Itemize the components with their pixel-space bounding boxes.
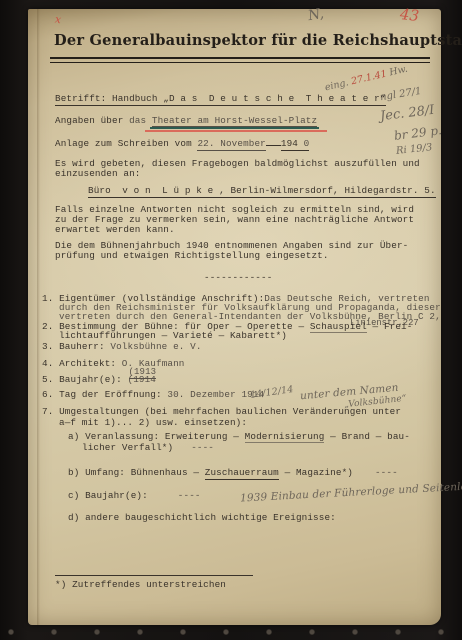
- item-6-opening-day: 6. Tag der Eröffnung: 30. Dezember 19141…: [42, 389, 434, 400]
- jahrbuch-paragraph: Die dem Bühnenjahrbuch 1940 entnommenen …: [55, 241, 408, 261]
- photo-backdrop: x N, 43 Der Generalbauinspektor für die …: [0, 0, 462, 640]
- item-7a-line-1: a) Veranlassung: Erweiterung — Modernisi…: [68, 431, 410, 442]
- item-7c-dashes: ----: [178, 490, 201, 501]
- item-7a-line-1-rest: — Brand — bau-: [324, 431, 410, 442]
- item-7c-pencil-note: 1939 Einbau der Führerloge und Seitenlog…: [240, 480, 462, 504]
- item-7-line-2: a—f mit 1)... 2) usw. einsetzen):: [42, 417, 401, 428]
- item-5-year-1913: (1913: [129, 367, 157, 379]
- request-line-2: einzusenden an:: [55, 169, 420, 179]
- margin-note-2: ngl 27/1: [379, 86, 422, 103]
- paper-crease: [37, 9, 40, 625]
- item-7b-label: b) Umfang: Bühnenhaus —: [68, 467, 205, 478]
- item-2-underlined-schauspiel: Schauspiel: [310, 321, 367, 333]
- item-4-architect: 4. Architekt: O. Kaufmann: [42, 358, 185, 369]
- item-5-build-year: 5. Baujahr(e): (1913(1914: [42, 374, 156, 385]
- letterhead-title: Der Generalbauinspektor für die Reichsha…: [54, 32, 462, 49]
- item-7c-label: c) Baujahr(e):: [68, 490, 148, 501]
- item-6-pencil-scribble: 14/12/14: [249, 384, 294, 401]
- item-1-owner: 1. Eigentümer (vollständige Anschrift):D…: [42, 294, 434, 321]
- item-7a-verfall: licher Verfall*): [82, 442, 173, 453]
- margin-note-initials: Hw.: [388, 64, 408, 79]
- falls-line-3: erwartet werden kann.: [55, 225, 414, 235]
- subject-line: Betrifft: Handbuch „D a s D e u t s c h …: [55, 93, 386, 104]
- margin-note-5: Ri 19/3: [396, 142, 433, 157]
- item-7a-underlined-modernisierung: Modernisierung: [245, 431, 325, 443]
- angaben-label: Angaben über: [55, 115, 129, 126]
- buero-address-line: Büro v o n L ü p k e , Berlin-Wilmersdor…: [88, 185, 436, 196]
- blank-underscore: [266, 137, 281, 146]
- item-7b-scope: b) Umfang: Bühnenhaus — Zuschauerraum — …: [68, 467, 398, 478]
- jahrbuch-line-2: prüfung und etwaigen Richtigstellung ein…: [55, 251, 408, 261]
- footnote-text: *) Zutreffendes unterstreichen: [55, 579, 226, 590]
- buero-address: Büro v o n L ü p k e , Berlin-Wilmersdor…: [88, 185, 436, 198]
- questionnaire-page: x N, 43 Der Generalbauinspektor für die …: [28, 9, 441, 625]
- item-7a-label: a) Veranlassung: Erweiterung —: [68, 431, 245, 442]
- red-number-mark: 43: [399, 5, 420, 25]
- angaben-article: das: [129, 115, 152, 126]
- item-7-line-1: 7. Umgestaltungen (bei mehrfachen baulic…: [42, 406, 401, 417]
- item-7d-events: d) andere baugeschichtlich wichtige Erei…: [68, 512, 336, 523]
- angaben-line: Angaben über das Theater am Horst-Wessel…: [55, 115, 317, 126]
- subject-text: Betrifft: Handbuch „D a s D e u t s c h …: [55, 93, 386, 106]
- margin-note-date-red: 27.1.41: [350, 68, 388, 87]
- item-7b-dashes: ----: [375, 467, 398, 478]
- red-check-mark: x: [54, 13, 62, 27]
- pencil-initial-mark: N,: [307, 6, 325, 25]
- item-7a-line-2: licher Verfall*)----: [68, 442, 410, 453]
- margin-note-3: Jec. 28/I: [379, 103, 435, 125]
- margin-note-4: br 29 p.: [393, 123, 442, 143]
- item-3-label: 3. Bauherr:: [42, 341, 110, 352]
- anlage-label: Anlage zum Schreiben vom: [55, 138, 197, 149]
- anlage-line: Anlage zum Schreiben vom 22. November194…: [55, 137, 309, 149]
- anlage-date: 22. November: [197, 138, 265, 151]
- item-7a-cause: a) Veranlassung: Erweiterung — Modernisi…: [68, 431, 410, 453]
- theater-name-underlined: Theater am Horst-Wessel-Platz: [152, 115, 317, 127]
- falls-paragraph: Falls einzelne Antworten nicht sogleich …: [55, 205, 414, 235]
- item-7c-year: c) Baujahr(e):----1939 Einbau der Führer…: [68, 490, 434, 501]
- anlage-year-preprint: 194: [281, 138, 298, 149]
- item-2-purpose: 2. Bestimmung der Bühne: für Oper — Oper…: [42, 322, 412, 340]
- margin-note-eing: eing.: [324, 77, 350, 93]
- subject-handbook-title: „D a s D e u t s c h e T h e a t e r“: [163, 93, 385, 104]
- anlage-year: 194 0: [281, 138, 310, 151]
- item-4-label: 4. Architekt:: [42, 358, 122, 369]
- item-3-answer: Volksbühne e. V.: [110, 341, 201, 352]
- item-5-year-stack: (1913(1914: [128, 374, 157, 385]
- item-5-label: 5. Baujahr(e):: [42, 374, 128, 385]
- item-6-label: 6. Tag der Eröffnung:: [42, 389, 167, 400]
- item-2-line-1-rest: — Frei-: [367, 321, 413, 332]
- item-7b-rest: — Magazine*): [279, 467, 353, 478]
- footnote-rule: [55, 575, 253, 576]
- item-7b-underlined-zuschauerraum: Zuschauerraum: [205, 467, 279, 480]
- anlage-year-digit: 0: [298, 138, 309, 149]
- dashed-separator: ------------: [204, 272, 272, 283]
- film-perforation-dots: [4, 627, 462, 638]
- item-7-alterations: 7. Umgestaltungen (bei mehrfachen baulic…: [42, 406, 401, 428]
- request-paragraph: Es wird gebeten, diesen Fragebogen baldm…: [55, 159, 420, 179]
- letterhead-rule: [50, 57, 430, 63]
- item-7a-dashes: ----: [191, 442, 214, 453]
- subject-label: Betrifft: Handbuch: [55, 93, 163, 104]
- item-3-builder: 3. Bauherr: Volksbühne e. V.: [42, 341, 202, 352]
